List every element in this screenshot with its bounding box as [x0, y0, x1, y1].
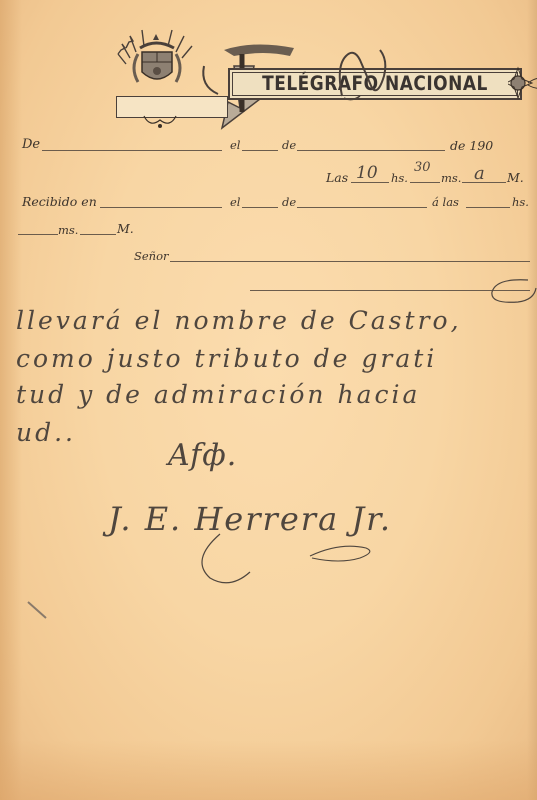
message-line-1: llevará el nombre de Castro, [16, 306, 462, 335]
signature-flourish [190, 530, 380, 590]
letterhead: TELÉGRAFO NACIONAL [104, 16, 470, 126]
addressee-field-line[interactable] [170, 261, 530, 262]
day-el-label: el [230, 138, 240, 152]
received-month-field-line[interactable] [297, 207, 427, 208]
from-field-line[interactable] [42, 150, 222, 151]
hs-label: hs. [391, 171, 408, 185]
received-el-label: el [230, 195, 240, 209]
received-minutes-field-line[interactable] [18, 234, 58, 235]
am-pm-value: a [474, 163, 485, 184]
received-am-pm-field-line[interactable] [80, 234, 116, 235]
received-hours-field-line[interactable] [466, 207, 510, 208]
a-las-label: á las [432, 195, 459, 209]
received-de-label: de [282, 195, 296, 209]
received-in-label: Recibido en [22, 194, 97, 209]
las-label: Las [326, 170, 348, 185]
coat-of-arms-icon [116, 24, 196, 94]
hours-value: 10 [356, 163, 378, 183]
stray-pencil-mark [26, 600, 50, 622]
received-ms-label: ms. [58, 223, 78, 237]
received-day-field-line[interactable] [242, 207, 278, 208]
message-line-3: tud y de admiración hacia [16, 380, 420, 409]
star-flourish-ornament-icon [508, 66, 537, 100]
day-field-line[interactable] [242, 150, 278, 151]
from-label: De [22, 137, 40, 152]
message-line-4: ud.. [16, 418, 76, 447]
n-swash-ornament-icon [332, 36, 392, 106]
minutes-value: 30 [414, 160, 431, 175]
month-field-line[interactable] [297, 150, 445, 151]
telegram-form-page: TELÉGRAFO NACIONAL De el de de 190 Las 1… [0, 0, 537, 800]
closing-text: Afф. [168, 438, 237, 473]
received-in-field-line[interactable] [100, 207, 222, 208]
message-line-2: como justo tributo de grati [16, 344, 437, 373]
received-hs-label: hs. [512, 195, 529, 209]
handwriting-loop-stroke [488, 276, 537, 306]
scroll-ornament-icon [140, 112, 180, 132]
m-label: M. [507, 170, 524, 185]
minutes-field-line[interactable] [410, 182, 440, 183]
ms-label: ms. [441, 171, 461, 185]
paper-edge-shadow-right [527, 0, 537, 800]
received-m-label: M. [117, 221, 134, 236]
paper-edge-shadow-bottom [0, 740, 537, 800]
month-de-label: de [282, 138, 296, 152]
senor-label: Señor [134, 249, 169, 263]
year-label: de 190 [450, 138, 493, 153]
